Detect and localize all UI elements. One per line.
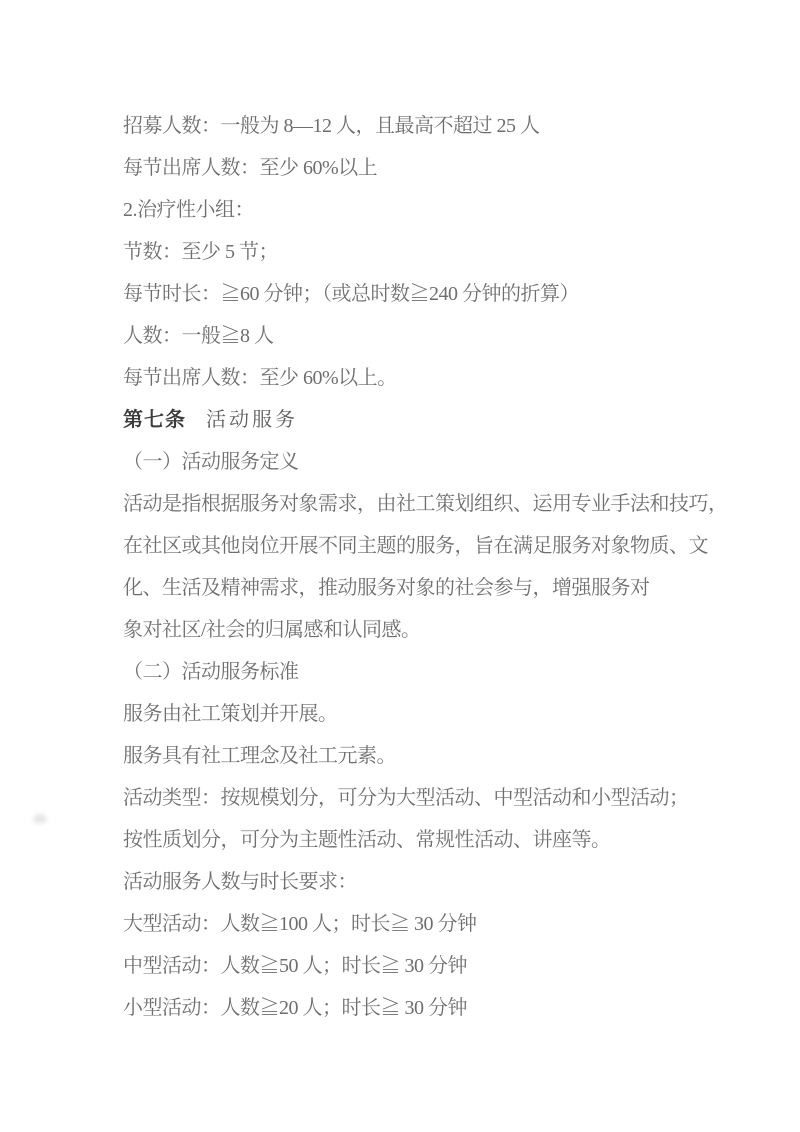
doc-line-therapy-group: 2.治疗性小组： bbox=[123, 189, 800, 231]
doc-line-standard-1: 服务由社工策划并开展。 bbox=[123, 693, 800, 735]
doc-line-definition-2: 在社区或其他岗位开展不同主题的服务，旨在满足服务对象物质、文 bbox=[123, 525, 800, 567]
doc-line-small-activity: 小型活动：人数≧20 人；时长≧ 30 分钟 bbox=[123, 987, 800, 1029]
article-title: 活动服务 bbox=[206, 409, 298, 431]
doc-line-attendance-2: 每节出席人数：至少 60%以上。 bbox=[123, 357, 800, 399]
article-number: 第七条 bbox=[123, 409, 186, 431]
doc-line-session-count: 节数：至少 5 节； bbox=[123, 231, 800, 273]
doc-line-activity-types-2: 按性质划分，可分为主题性活动、常规性活动、讲座等。 bbox=[123, 819, 800, 861]
doc-line-standard-2: 服务具有社工理念及社工元素。 bbox=[123, 735, 800, 777]
doc-line-attendance: 每节出席人数：至少 60%以上 bbox=[123, 147, 800, 189]
article-heading-line: 第七条活动服务 bbox=[123, 399, 800, 441]
doc-line-large-activity: 大型活动：人数≧100 人；时长≧ 30 分钟 bbox=[123, 903, 800, 945]
doc-line-definition-3: 化、生活及精神需求，推动服务对象的社会参与，增强服务对 bbox=[123, 567, 800, 609]
doc-line-session-length: 每节时长：≧60 分钟；（或总时数≧240 分钟的折算） bbox=[123, 273, 800, 315]
doc-line-requirements-heading: 活动服务人数与时长要求： bbox=[123, 861, 800, 903]
doc-line-definition-heading: （一）活动服务定义 bbox=[123, 441, 800, 483]
doc-line-medium-activity: 中型活动：人数≧50 人；时长≧ 30 分钟 bbox=[123, 945, 800, 987]
document-text-block: 招募人数：一般为 8—12 人，且最高不超过 25 人 每节出席人数：至少 60… bbox=[123, 105, 800, 1029]
scan-smudge-artifact bbox=[33, 814, 47, 824]
doc-line-definition-4: 象对社区/社会的归属感和认同感。 bbox=[123, 609, 800, 651]
doc-line-people-count: 人数：一般≧8 人 bbox=[123, 315, 800, 357]
document-page: 招募人数：一般为 8—12 人，且最高不超过 25 人 每节出席人数：至少 60… bbox=[0, 0, 800, 1132]
doc-line-recruit-count: 招募人数：一般为 8—12 人，且最高不超过 25 人 bbox=[123, 105, 800, 147]
doc-line-activity-types-1: 活动类型：按规模划分，可分为大型活动、中型活动和小型活动； bbox=[123, 777, 800, 819]
doc-line-standard-heading: （二）活动服务标准 bbox=[123, 651, 800, 693]
doc-line-definition-1: 活动是指根据服务对象需求，由社工策划组织、运用专业手法和技巧， bbox=[123, 483, 800, 525]
